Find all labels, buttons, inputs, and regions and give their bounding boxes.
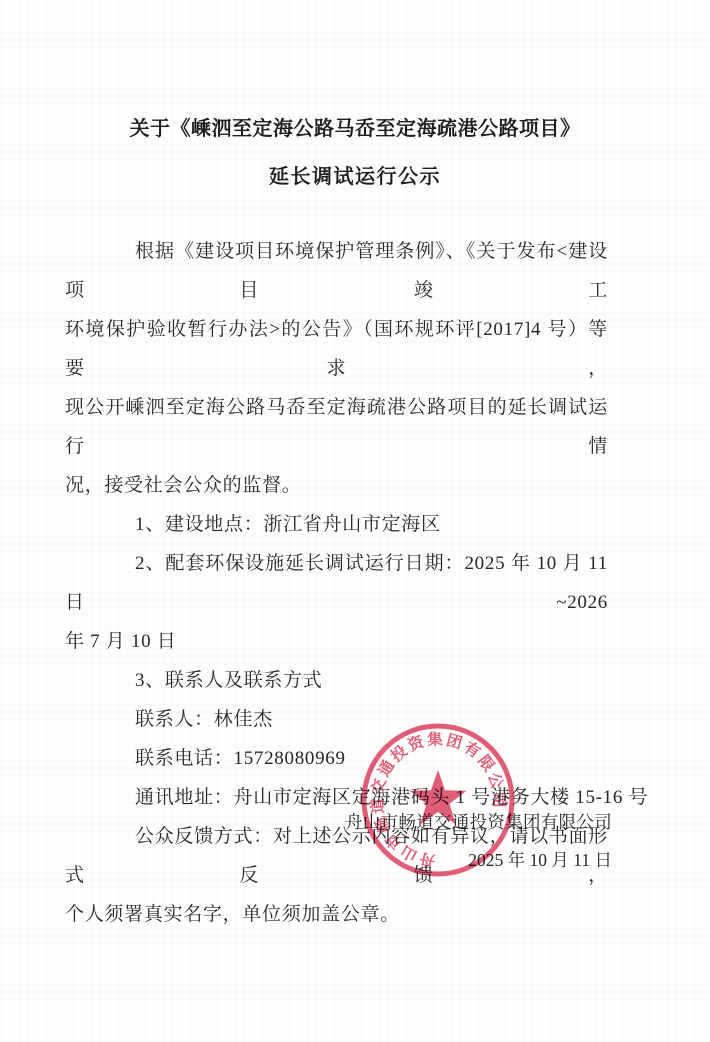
doc-title-line2: 延长调试运行公示 xyxy=(0,162,710,192)
body-line: 年 7 月 10 日 xyxy=(65,622,608,661)
body-line: 现公开嵊泗至定海公路马岙至定海疏港公路项目的延长调试运行情 xyxy=(65,388,608,466)
body-line: 况，接受社会公众的监督。 xyxy=(65,466,608,505)
signature-company: 舟山市畅道交通投资集团有限公司 xyxy=(345,812,612,832)
body-line: 环境保护验收暂行办法>的公告》（国环规环评[2017]4 号）等要求， xyxy=(65,310,608,388)
body-line-item-1: 1、建设地点：浙江省舟山市定海区 xyxy=(65,505,608,544)
body-line: 根据《建设项目环境保护管理条例》、《关于发布<建设项目竣工 xyxy=(65,232,608,310)
body-line-contact-phone: 联系电话：15728080969 xyxy=(65,739,608,778)
body-line-item-2: 2、配套环保设施延长调试运行日期：2025 年 10 月 11 日~2026 xyxy=(65,544,608,622)
document-page: 关于《嵊泗至定海公路马岙至定海疏港公路项目》 延长调试运行公示 根据《建设项目环… xyxy=(0,0,710,1042)
doc-title-line1: 关于《嵊泗至定海公路马岙至定海疏港公路项目》 xyxy=(0,114,710,144)
body-line-item-3: 3、联系人及联系方式 xyxy=(65,661,608,700)
signature-date: 2025 年 10 月 11 日 xyxy=(468,850,612,870)
body-line: 个人须署真实名字，单位须加盖公章。 xyxy=(65,895,608,934)
body-line-contact-name: 联系人：林佳杰 xyxy=(65,700,608,739)
